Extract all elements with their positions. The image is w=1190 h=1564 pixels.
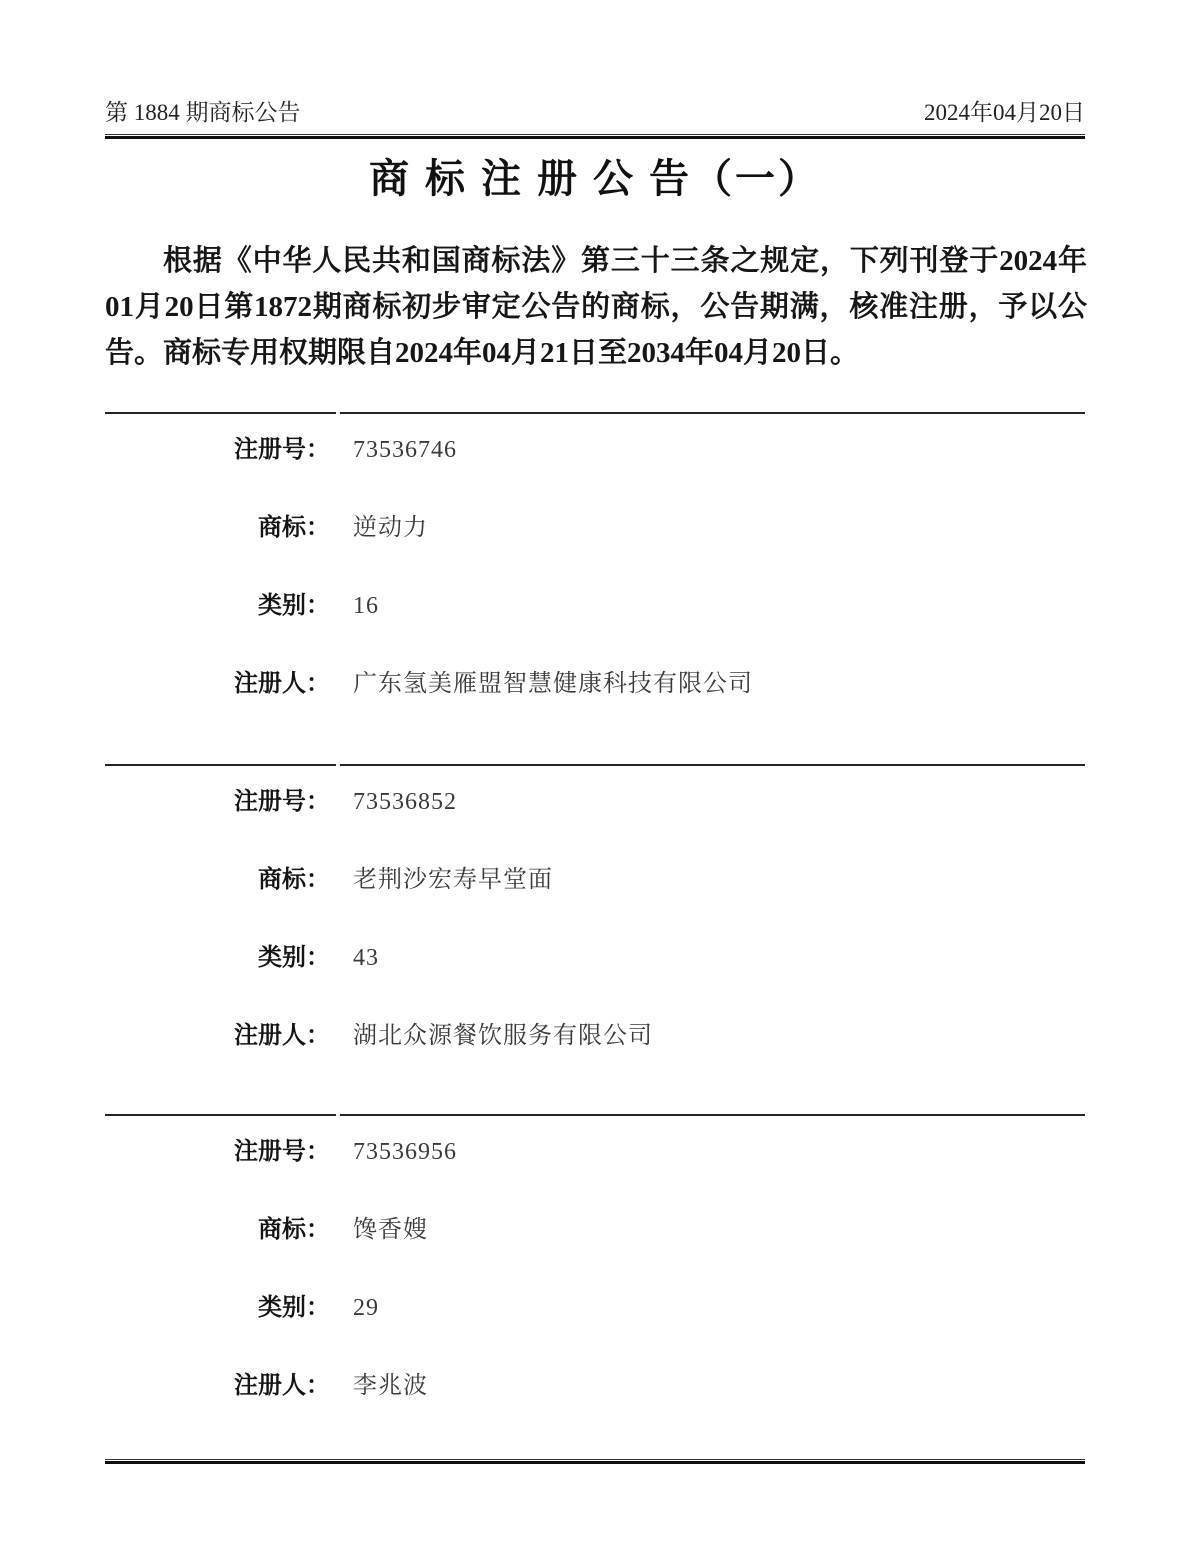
header-date: 2024年04月20日 xyxy=(924,99,1085,127)
registrant-row: 注册人： 李兆波 xyxy=(105,1371,1085,1401)
registrant-row: 注册人： 湖北众源餐饮服务有限公司 xyxy=(105,1021,1085,1051)
registrant-label: 注册人： xyxy=(105,1371,330,1401)
trademark-entry: 注册号： 73536852 商标： 老荆沙宏寿早堂面 类别： 43 注册人： 湖… xyxy=(105,764,1085,1064)
category-value: 29 xyxy=(353,1293,379,1323)
registrant-label: 注册人： xyxy=(105,669,330,699)
reg-no-value: 73536852 xyxy=(353,787,457,817)
category-label: 类别： xyxy=(105,943,330,973)
category-row: 类别： 29 xyxy=(105,1293,1085,1323)
reg-no-label: 注册号： xyxy=(105,435,330,465)
trademark-entry: 注册号： 73536956 商标： 馋香嫂 类别： 29 注册人： 李兆波 xyxy=(105,1114,1085,1414)
bottom-rule xyxy=(105,1459,1085,1464)
registrant-value: 广东氢美雁盟智慧健康科技有限公司 xyxy=(353,669,753,699)
reg-no-value: 73536956 xyxy=(353,1137,457,1167)
category-value: 43 xyxy=(353,943,379,973)
mark-row: 商标： 老荆沙宏寿早堂面 xyxy=(105,865,1085,895)
reg-no-label: 注册号： xyxy=(105,787,330,817)
header-issue-label: 第 1884 期商标公告 xyxy=(105,99,301,127)
page-header: 第 1884 期商标公告 2024年04月20日 xyxy=(105,99,1085,127)
mark-label: 商标： xyxy=(105,865,330,895)
category-value: 16 xyxy=(353,591,379,621)
separator-joint xyxy=(336,764,340,766)
mark-row: 商标： 馋香嫂 xyxy=(105,1215,1085,1245)
registrant-label: 注册人： xyxy=(105,1021,330,1051)
page-title: 商 标 注 册 公 告（一） xyxy=(105,147,1085,204)
registrant-row: 注册人： 广东氢美雁盟智慧健康科技有限公司 xyxy=(105,669,1085,699)
category-label: 类别： xyxy=(105,591,330,621)
mark-value: 老荆沙宏寿早堂面 xyxy=(353,865,553,895)
entry-separator xyxy=(105,412,1085,414)
trademark-entry: 注册号： 73536746 商标： 逆动力 类别： 16 注册人： 广东氢美雁盟… xyxy=(105,412,1085,712)
registrant-value: 湖北众源餐饮服务有限公司 xyxy=(353,1021,653,1051)
mark-row: 商标： 逆动力 xyxy=(105,513,1085,543)
mark-value: 馋香嫂 xyxy=(353,1215,428,1245)
entry-separator xyxy=(105,764,1085,766)
category-row: 类别： 43 xyxy=(105,943,1085,973)
header-rule xyxy=(105,134,1085,139)
separator-joint xyxy=(336,412,340,414)
entry-separator xyxy=(105,1114,1085,1116)
reg-no-value: 73536746 xyxy=(353,435,457,465)
reg-no-label: 注册号： xyxy=(105,1137,330,1167)
category-label: 类别： xyxy=(105,1293,330,1323)
gazette-page: 第 1884 期商标公告 2024年04月20日 商 标 注 册 公 告（一） … xyxy=(0,0,1190,1564)
mark-label: 商标： xyxy=(105,513,330,543)
mark-label: 商标： xyxy=(105,1215,330,1245)
reg-no-row: 注册号： 73536746 xyxy=(105,435,1085,465)
registrant-value: 李兆波 xyxy=(353,1371,428,1401)
separator-joint xyxy=(336,1114,340,1116)
mark-value: 逆动力 xyxy=(353,513,428,543)
reg-no-row: 注册号： 73536852 xyxy=(105,787,1085,817)
reg-no-row: 注册号： 73536956 xyxy=(105,1137,1085,1167)
intro-paragraph: 根据《中华人民共和国商标法》第三十三条之规定，下列刊登于2024年01月20日第… xyxy=(105,238,1087,376)
category-row: 类别： 16 xyxy=(105,591,1085,621)
